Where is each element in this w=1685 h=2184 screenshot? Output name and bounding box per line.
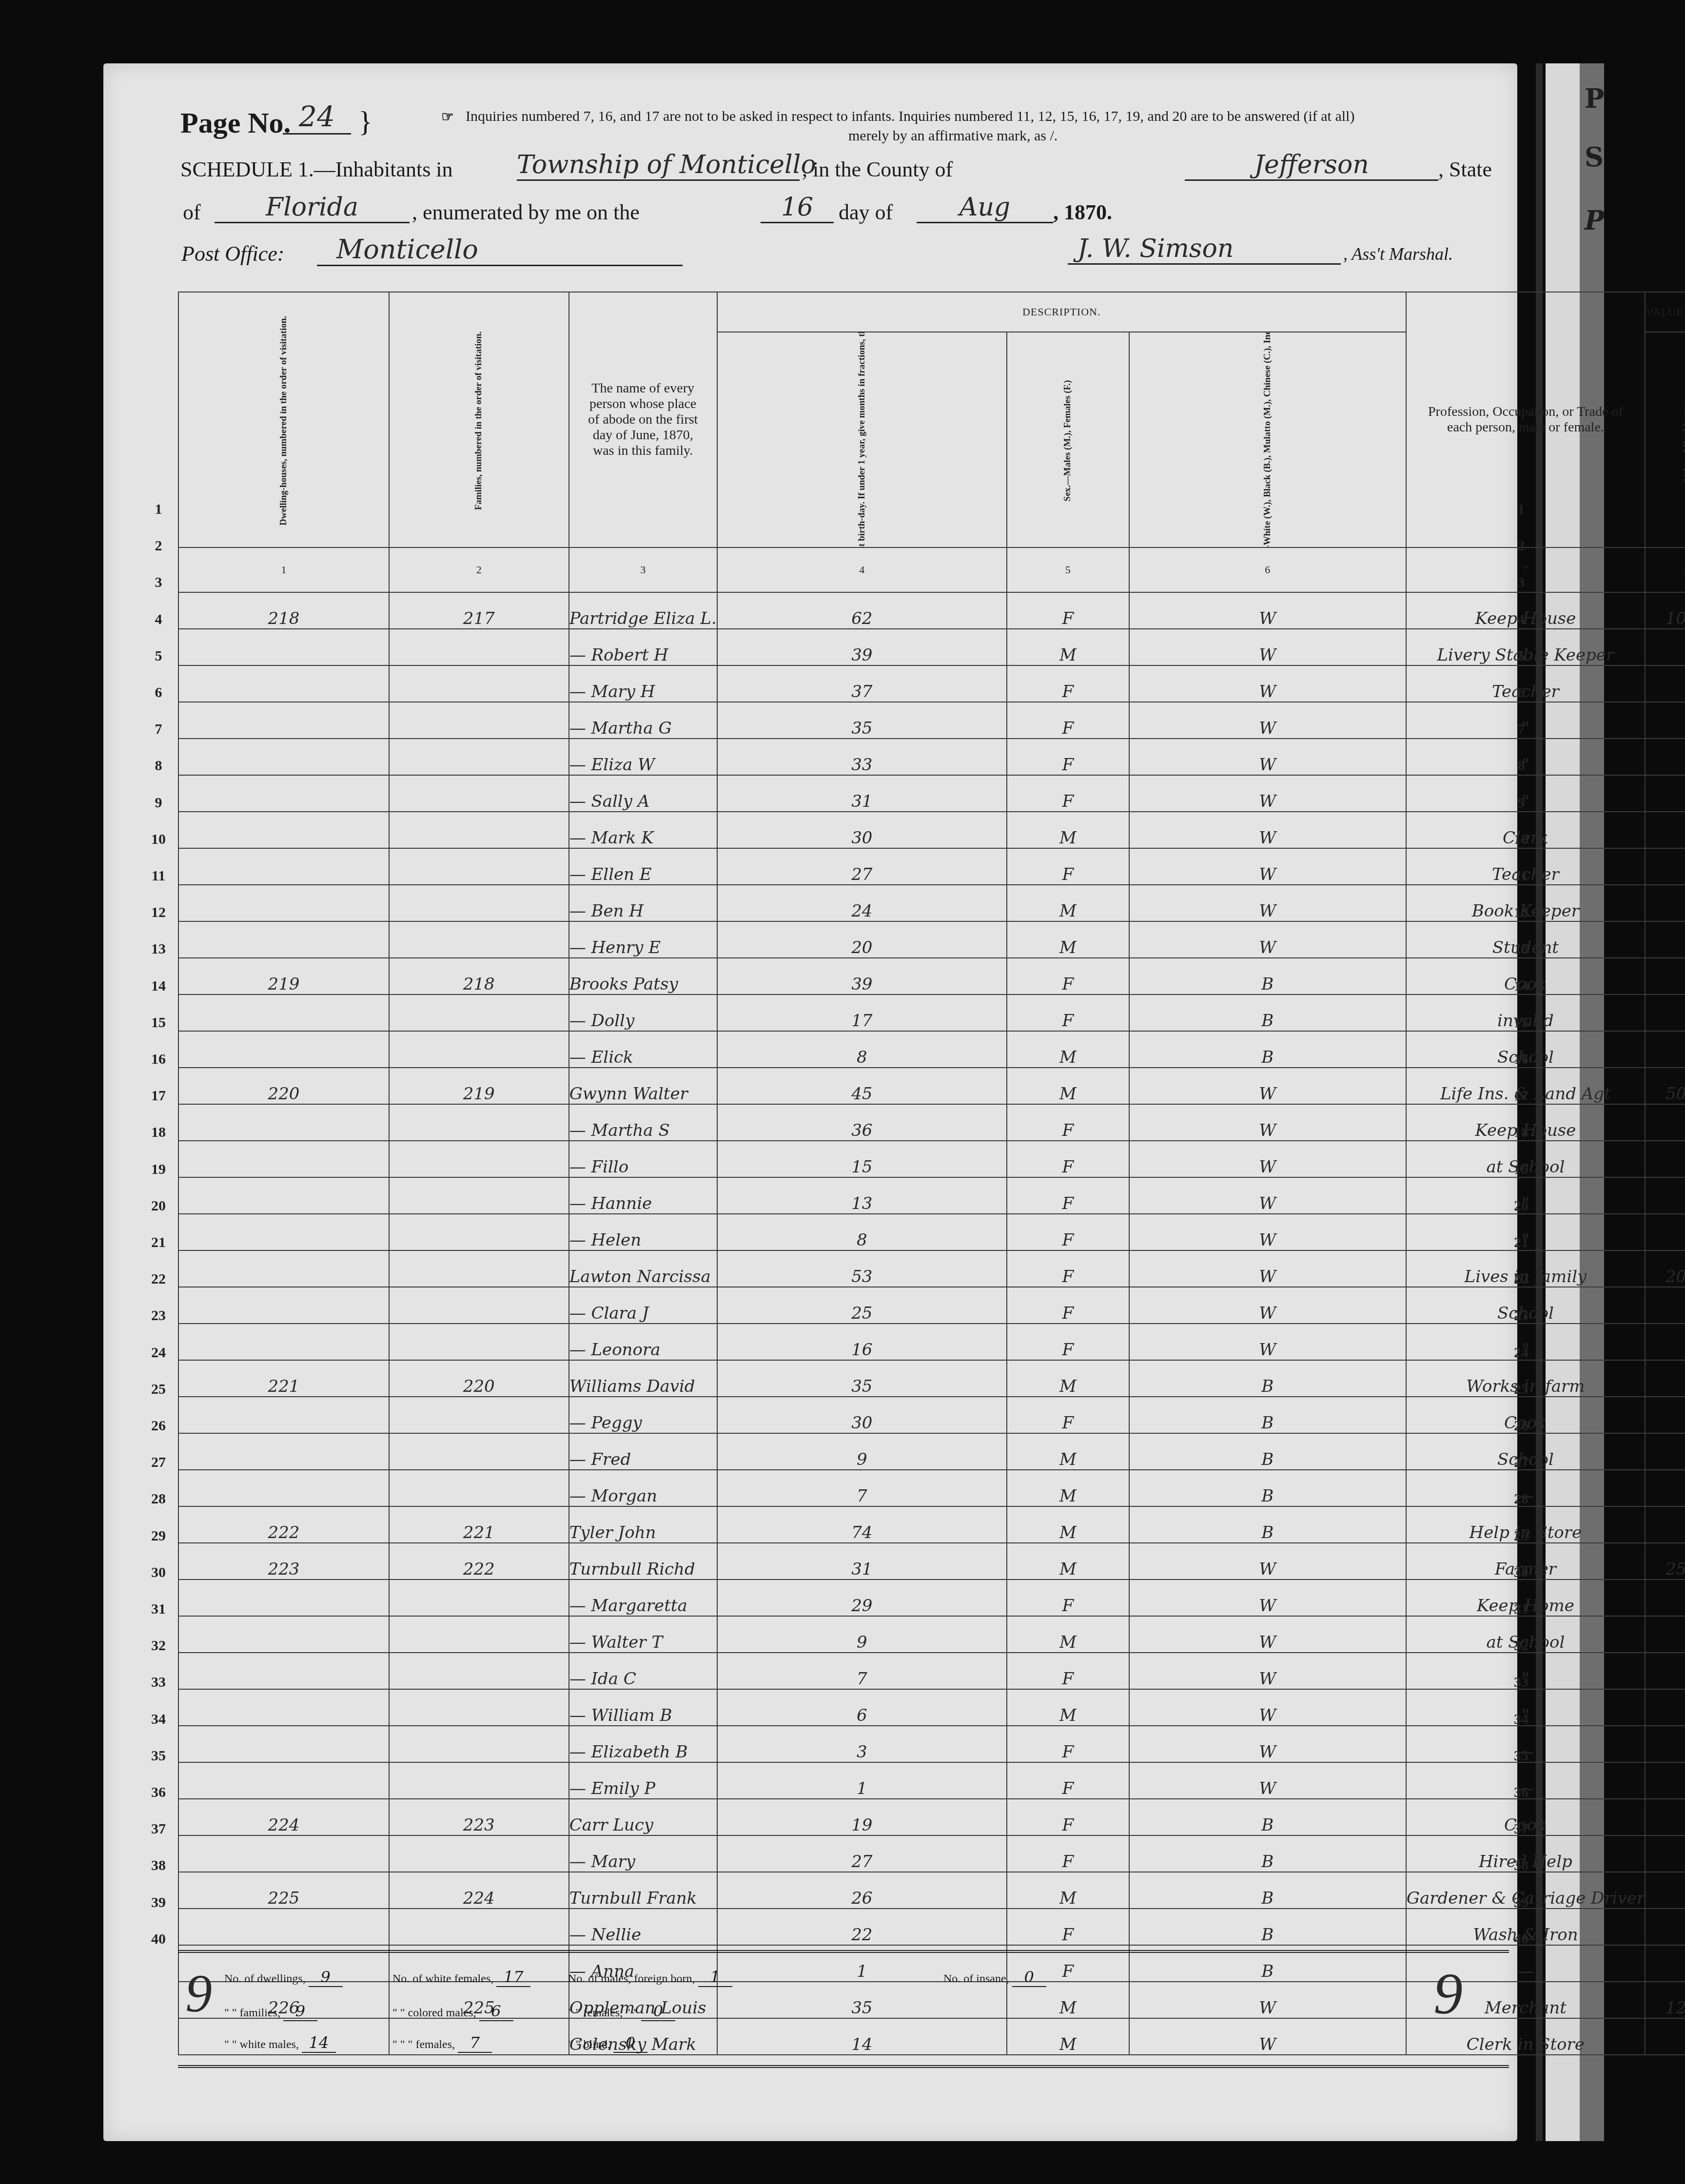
cell-dwelling — [178, 1616, 389, 1653]
cell-sex: F — [1007, 702, 1129, 739]
cell-family: 221 — [389, 1506, 569, 1543]
line-number: 3 — [146, 574, 171, 591]
census-row: — Elizabeth B3FW—" — [178, 1726, 1685, 1762]
cell-family — [389, 1470, 569, 1506]
cell-color: W — [1129, 592, 1406, 629]
census-row: — Hannie13FW""/// — [178, 1177, 1685, 1214]
cell-family — [389, 665, 569, 702]
col-number: 5 — [1007, 547, 1129, 592]
cell-age: 53 — [717, 1250, 1007, 1287]
day-of-label: day of — [839, 200, 893, 225]
cell-family — [389, 1433, 569, 1470]
cell-sex: F — [1007, 1287, 1129, 1324]
cell-name: — Sally A — [569, 775, 717, 812]
line-number: 14 — [1509, 978, 1533, 994]
line-number: 30 — [1509, 1564, 1533, 1581]
census-row: — Helen8FW"Fla/// — [178, 1214, 1685, 1250]
cell-sex: F — [1007, 1799, 1129, 1835]
cell-real — [1645, 775, 1685, 812]
cell-age: 13 — [717, 1177, 1007, 1214]
cell-sex: F — [1007, 1762, 1129, 1799]
line-number: 2 — [146, 538, 171, 554]
page-number-label: Page No. — [180, 106, 291, 140]
cell-age: 22 — [717, 1909, 1007, 1945]
census-row: Lawton Narcissa53FWLives in family200020… — [178, 1250, 1685, 1287]
county-field: Jefferson — [1185, 150, 1438, 181]
census-row: — Elick8MBSchool"/ — [178, 1031, 1685, 1068]
cell-age: 74 — [717, 1506, 1007, 1543]
cell-sex: F — [1007, 1653, 1129, 1689]
cell-family — [389, 1689, 569, 1726]
cell-name: — Mary — [569, 1835, 717, 1872]
state-label: , State — [1438, 157, 1492, 182]
cell-color: B — [1129, 1470, 1406, 1506]
cell-name: Turnbull Frank — [569, 1872, 717, 1909]
cell-sex: M — [1007, 921, 1129, 958]
cell-family — [389, 1616, 569, 1653]
cell-dwelling — [178, 1031, 389, 1068]
cell-age: 31 — [717, 1543, 1007, 1579]
cell-name: — Mary H — [569, 665, 717, 702]
cell-family: 217 — [389, 592, 569, 629]
line-number: 36 — [1509, 1784, 1533, 1801]
cell-age: 45 — [717, 1068, 1007, 1104]
schedule-label: SCHEDULE 1.—Inhabitants in — [180, 157, 453, 182]
cell-real: 1200 — [1645, 1982, 1685, 2018]
cell-real — [1645, 702, 1685, 739]
line-number: 20 — [1509, 1198, 1533, 1214]
line-number: 8 — [1509, 758, 1533, 774]
line-number: 25 — [1509, 1381, 1533, 1398]
cell-name: — Nellie — [569, 1909, 717, 1945]
cell-real — [1645, 1945, 1685, 1982]
line-number: 16 — [146, 1051, 171, 1068]
cell-dwelling — [178, 848, 389, 885]
col-header-real-estate: Value of Real Estate. — [1645, 332, 1685, 547]
cell-real — [1645, 1177, 1685, 1214]
col-number: 2 — [389, 547, 569, 592]
marshal-label: , Ass't Marshal. — [1343, 244, 1453, 264]
cell-age: 8 — [717, 1214, 1007, 1250]
line-number: 32 — [1509, 1638, 1533, 1654]
township-field: Township of Monticello — [517, 150, 800, 181]
cell-family — [389, 812, 569, 848]
census-row: 223222Turnbull Richd31MWFarmer25005000"/… — [178, 1543, 1685, 1579]
cell-name: — Hannie — [569, 1177, 717, 1214]
cell-real — [1645, 1909, 1685, 1945]
cell-real — [1645, 812, 1685, 848]
col-header-dwelling: Dwelling-houses, numbered in the order o… — [178, 292, 389, 547]
cell-real — [1645, 1141, 1685, 1177]
cell-family — [389, 1909, 569, 1945]
cell-name: — Elizabeth B — [569, 1726, 717, 1762]
cell-real — [1645, 1726, 1685, 1762]
line-number: 28 — [146, 1491, 171, 1507]
line-number: 9 — [146, 795, 171, 811]
line-number: 29 — [1509, 1528, 1533, 1544]
summary-insane: No. of insane, 0 — [943, 1968, 1046, 1987]
line-number: 21 — [146, 1234, 171, 1251]
census-row: — Mary27FBHired HelpFla// — [178, 1835, 1685, 1872]
cell-sex: M — [1007, 1068, 1129, 1104]
cell-sex: F — [1007, 1324, 1129, 1360]
cell-age: 15 — [717, 1141, 1007, 1177]
cell-color: W — [1129, 1214, 1406, 1250]
cell-real: 2000 — [1645, 1250, 1685, 1287]
cell-sex: F — [1007, 1177, 1129, 1214]
census-row: — Margaretta29FWKeep Home"// — [178, 1579, 1685, 1616]
census-row: — Henry E20MWStudent"/// — [178, 921, 1685, 958]
cell-dwelling — [178, 775, 389, 812]
cell-age: 35 — [717, 1360, 1007, 1397]
line-number: 34 — [146, 1711, 171, 1728]
line-number: 35 — [146, 1748, 171, 1764]
census-row: — Peggy30FBCook"// — [178, 1397, 1685, 1433]
cell-real — [1645, 885, 1685, 921]
cell-real — [1645, 1360, 1685, 1397]
cell-dwelling — [178, 629, 389, 665]
cell-age: 27 — [717, 848, 1007, 885]
cell-color: B — [1129, 1835, 1406, 1872]
cell-family — [389, 702, 569, 739]
cell-real: 2500 — [1645, 1543, 1685, 1579]
cell-dwelling — [178, 1104, 389, 1141]
cell-color: W — [1129, 739, 1406, 775]
line-number: 34 — [1509, 1711, 1533, 1728]
cell-name: Gwynn Walter — [569, 1068, 717, 1104]
col-header-color: Color.—White (W.), Black (B.), Mulatto (… — [1129, 332, 1406, 547]
summary-foreign-males: No. of males, foreign born, 1 — [568, 1968, 732, 1987]
line-number: 35 — [1509, 1748, 1533, 1764]
cell-sex: F — [1007, 1214, 1129, 1250]
census-row: — Ellen E27FWTeacher"// — [178, 848, 1685, 885]
cell-real — [1645, 1835, 1685, 1872]
cell-name: — Margaretta — [569, 1579, 717, 1616]
adjacent-page-letter: S — [1585, 141, 1604, 173]
census-row: — Emily P1FW—" — [178, 1762, 1685, 1799]
cell-color: W — [1129, 1726, 1406, 1762]
cell-color: B — [1129, 1799, 1406, 1835]
line-number: 38 — [146, 1857, 171, 1874]
cell-real — [1645, 1397, 1685, 1433]
cell-age: 3 — [717, 1726, 1007, 1762]
summary-foreign-females: " " females, " " 0 — [568, 2002, 675, 2021]
col-header-family: Families, numbered in the order of visit… — [389, 292, 569, 547]
enumerated-label: , enumerated by me on the — [412, 200, 640, 225]
cell-name: — Martha S — [569, 1104, 717, 1141]
cell-age: 17 — [717, 994, 1007, 1031]
cell-name: — Clara J — [569, 1287, 717, 1324]
line-number: 5 — [146, 648, 171, 664]
cell-name: — Emily P — [569, 1762, 717, 1799]
cell-dwelling — [178, 812, 389, 848]
col-header-sex: Sex.—Males (M.), Females (F.) — [1007, 332, 1129, 547]
summary-white-females: No. of white females, 17 — [392, 1968, 530, 1987]
cell-family — [389, 1397, 569, 1433]
cell-age: 36 — [717, 1104, 1007, 1141]
page-number: 24 — [283, 100, 351, 135]
cell-color: W — [1129, 812, 1406, 848]
cell-name: Carr Lucy — [569, 1799, 717, 1835]
cell-age: 62 — [717, 592, 1007, 629]
cell-color: W — [1129, 702, 1406, 739]
cell-real — [1645, 739, 1685, 775]
cell-dwelling — [178, 1250, 389, 1287]
cell-dwelling: 223 — [178, 1543, 389, 1579]
cell-dwelling — [178, 1433, 389, 1470]
cell-dwelling — [178, 702, 389, 739]
cell-family — [389, 1287, 569, 1324]
cell-real — [1645, 1214, 1685, 1250]
census-row: — Clara J25FWSchoolGeo/// — [178, 1287, 1685, 1324]
line-number: 24 — [1509, 1345, 1533, 1361]
cell-real — [1645, 994, 1685, 1031]
cell-color: W — [1129, 885, 1406, 921]
line-number: 19 — [146, 1161, 171, 1178]
cell-color: B — [1129, 958, 1406, 994]
cell-real — [1645, 1762, 1685, 1799]
cell-family: 220 — [389, 1360, 569, 1397]
line-number: 39 — [1509, 1894, 1533, 1911]
cell-color: W — [1129, 1579, 1406, 1616]
line-number: 10 — [1509, 831, 1533, 848]
cell-name: — Helen — [569, 1214, 717, 1250]
cell-color: B — [1129, 1397, 1406, 1433]
census-row: — Ida C7FW""/// — [178, 1653, 1685, 1689]
cell-dwelling — [178, 1397, 389, 1433]
cell-color: W — [1129, 1324, 1406, 1360]
cell-dwelling — [178, 1324, 389, 1360]
line-number: 4 — [146, 611, 171, 628]
cell-color: W — [1129, 1616, 1406, 1653]
cell-real — [1645, 921, 1685, 958]
line-number: 11 — [146, 868, 171, 884]
line-number: 33 — [146, 1674, 171, 1691]
year-label: , 1870. — [1053, 200, 1112, 225]
line-number: 7 — [1509, 721, 1533, 738]
line-number: 40 — [146, 1931, 171, 1948]
cell-color: W — [1129, 629, 1406, 665]
cell-sex: M — [1007, 1031, 1129, 1068]
cell-dwelling — [178, 1835, 389, 1872]
cell-real — [1645, 1104, 1685, 1141]
cell-sex: F — [1007, 1104, 1129, 1141]
cell-dwelling: 219 — [178, 958, 389, 994]
line-number: 25 — [146, 1381, 171, 1398]
summary-margin-mark: 9 — [185, 1963, 212, 2025]
cell-age: 9 — [717, 1433, 1007, 1470]
cell-name: — Dolly — [569, 994, 717, 1031]
adjacent-page-letter: P — [1585, 83, 1605, 114]
cell-color: B — [1129, 1872, 1406, 1909]
cell-color: W — [1129, 1653, 1406, 1689]
state-field: Florida — [215, 193, 410, 223]
of-label: of — [183, 200, 201, 225]
cell-real — [1645, 1872, 1685, 1909]
line-number: 15 — [146, 1014, 171, 1031]
cell-family — [389, 1579, 569, 1616]
cell-name: — Fred — [569, 1433, 717, 1470]
cell-sex: M — [1007, 1689, 1129, 1726]
line-number: 8 — [146, 758, 171, 774]
line-number: 13 — [146, 941, 171, 957]
cell-name: Williams David — [569, 1360, 717, 1397]
census-row: — Eliza W33FW"Florida// — [178, 739, 1685, 775]
cell-sex: F — [1007, 958, 1129, 994]
post-office-label: Post Office: — [181, 241, 284, 266]
cell-dwelling: 218 — [178, 592, 389, 629]
line-number: 31 — [146, 1601, 171, 1618]
cell-dwelling — [178, 1909, 389, 1945]
line-number: 7 — [146, 721, 171, 738]
cell-name: — Ellen E — [569, 848, 717, 885]
census-row: — Mark K30MWClerk"/// — [178, 812, 1685, 848]
cell-sex: M — [1007, 1616, 1129, 1653]
page-summary: 9 No. of dwellings, 9 " " families, 9 " … — [178, 1950, 1509, 2068]
line-number: 31 — [1509, 1601, 1533, 1618]
census-row: — William B6MW""/ — [178, 1689, 1685, 1726]
cell-real — [1645, 1799, 1685, 1835]
line-number: 26 — [146, 1418, 171, 1434]
cell-dwelling: 221 — [178, 1360, 389, 1397]
line-number: 24 — [146, 1345, 171, 1361]
instructions-text: Inquiries numbered 7, 16, and 17 are not… — [466, 108, 1354, 125]
cell-family — [389, 739, 569, 775]
col-header-age: Age at last birth-day. If under 1 year, … — [717, 332, 1007, 547]
col-number: 8 — [1645, 547, 1685, 592]
cell-color: B — [1129, 1433, 1406, 1470]
line-number: 17 — [1509, 1088, 1533, 1104]
cell-family — [389, 1141, 569, 1177]
cell-name: — Henry E — [569, 921, 717, 958]
cell-family — [389, 1214, 569, 1250]
line-number: 18 — [146, 1124, 171, 1141]
census-row: — Martha G35FW""// — [178, 702, 1685, 739]
line-number: 20 — [146, 1198, 171, 1214]
cell-real — [1645, 1287, 1685, 1324]
cell-name: — Eliza W — [569, 739, 717, 775]
cell-family — [389, 848, 569, 885]
cell-name: — Ida C — [569, 1653, 717, 1689]
line-number: 11 — [1509, 868, 1533, 884]
group-header-description: DESCRIPTION. — [717, 292, 1406, 332]
census-row: — Fillo15FWat SchoolKy/// — [178, 1141, 1685, 1177]
census-row: — Martha S36FWKeep HouseS.C.// — [178, 1104, 1685, 1141]
cell-family — [389, 629, 569, 665]
cell-age: 1 — [717, 1762, 1007, 1799]
cell-dwelling — [178, 1689, 389, 1726]
line-number: 22 — [146, 1271, 171, 1287]
county-label: , in the County of — [802, 157, 953, 182]
cell-age: 8 — [717, 1031, 1007, 1068]
census-row: 219218Brooks Patsy39FBCookS.C.// — [178, 958, 1685, 994]
cell-dwelling: 222 — [178, 1506, 389, 1543]
cell-name: — Leonora — [569, 1324, 717, 1360]
month-field: Aug — [917, 193, 1053, 223]
cell-real — [1645, 665, 1685, 702]
cell-family — [389, 1762, 569, 1799]
cell-real — [1645, 958, 1685, 994]
cell-dwelling — [178, 1653, 389, 1689]
cell-sex: M — [1007, 1543, 1129, 1579]
cell-sex: F — [1007, 1397, 1129, 1433]
census-row: — Sally A31FW""// — [178, 775, 1685, 812]
line-number: 16 — [1509, 1051, 1533, 1068]
cell-name: — Peggy — [569, 1397, 717, 1433]
cell-real — [1645, 1506, 1685, 1543]
page-brace: } — [358, 105, 372, 138]
marshal-signature: J. W. Simson — [1068, 234, 1341, 265]
line-number: 29 — [146, 1528, 171, 1544]
cell-sex: F — [1007, 1909, 1129, 1945]
line-number: 36 — [146, 1784, 171, 1801]
census-row: 221220Williams David35MBWorks in farmFla… — [178, 1360, 1685, 1397]
cell-dwelling — [178, 1287, 389, 1324]
cell-real — [1645, 848, 1685, 885]
line-number: 12 — [1509, 904, 1533, 921]
cell-color: W — [1129, 848, 1406, 885]
cell-sex: F — [1007, 1141, 1129, 1177]
line-number: 38 — [1509, 1857, 1533, 1874]
cell-name: — William B — [569, 1689, 717, 1726]
census-row: — Fred9MBSchool"/ — [178, 1433, 1685, 1470]
line-number: 6 — [146, 684, 171, 701]
cell-name: — Ben H — [569, 885, 717, 921]
cell-family — [389, 1177, 569, 1214]
cell-age: 16 — [717, 1324, 1007, 1360]
cell-age: 7 — [717, 1470, 1007, 1506]
cell-color: W — [1129, 1287, 1406, 1324]
cell-age: 35 — [717, 702, 1007, 739]
cell-color: B — [1129, 994, 1406, 1031]
line-number: 1 — [1509, 501, 1533, 518]
cell-sex: F — [1007, 994, 1129, 1031]
cell-age: 39 — [717, 629, 1007, 665]
summary-dwellings: No. of dwellings, 9 — [224, 1968, 343, 1987]
cell-sex: M — [1007, 885, 1129, 921]
cell-dwelling — [178, 1214, 389, 1250]
cell-color: B — [1129, 1031, 1406, 1068]
cell-family — [389, 1324, 569, 1360]
line-number: 14 — [146, 978, 171, 994]
cell-age: 33 — [717, 739, 1007, 775]
cell-sex: M — [1007, 1872, 1129, 1909]
cell-age: 27 — [717, 1835, 1007, 1872]
cell-sex: M — [1007, 812, 1129, 848]
line-number: 21 — [1509, 1234, 1533, 1251]
line-number: 27 — [1509, 1454, 1533, 1471]
summary-blind: " " blind, 0 — [568, 2033, 647, 2053]
line-number: 37 — [1509, 1821, 1533, 1837]
summary-families: " " families, 9 — [224, 2002, 317, 2021]
line-number: 23 — [1509, 1307, 1533, 1324]
cell-name: — Martha G — [569, 702, 717, 739]
cell-family — [389, 994, 569, 1031]
cell-color: B — [1129, 1506, 1406, 1543]
line-number: 32 — [146, 1638, 171, 1654]
cell-dwelling — [178, 1726, 389, 1762]
cell-real — [1645, 1324, 1685, 1360]
cell-family — [389, 1726, 569, 1762]
summary-white-males: " " white males, 14 — [224, 2033, 336, 2053]
cell-age: 24 — [717, 885, 1007, 921]
line-number: 15 — [1509, 1014, 1533, 1031]
cell-family — [389, 1835, 569, 1872]
cell-real — [1645, 1433, 1685, 1470]
cell-sex: M — [1007, 1506, 1129, 1543]
line-number: 19 — [1509, 1161, 1533, 1178]
census-row: — Leonora16FW""/// — [178, 1324, 1685, 1360]
